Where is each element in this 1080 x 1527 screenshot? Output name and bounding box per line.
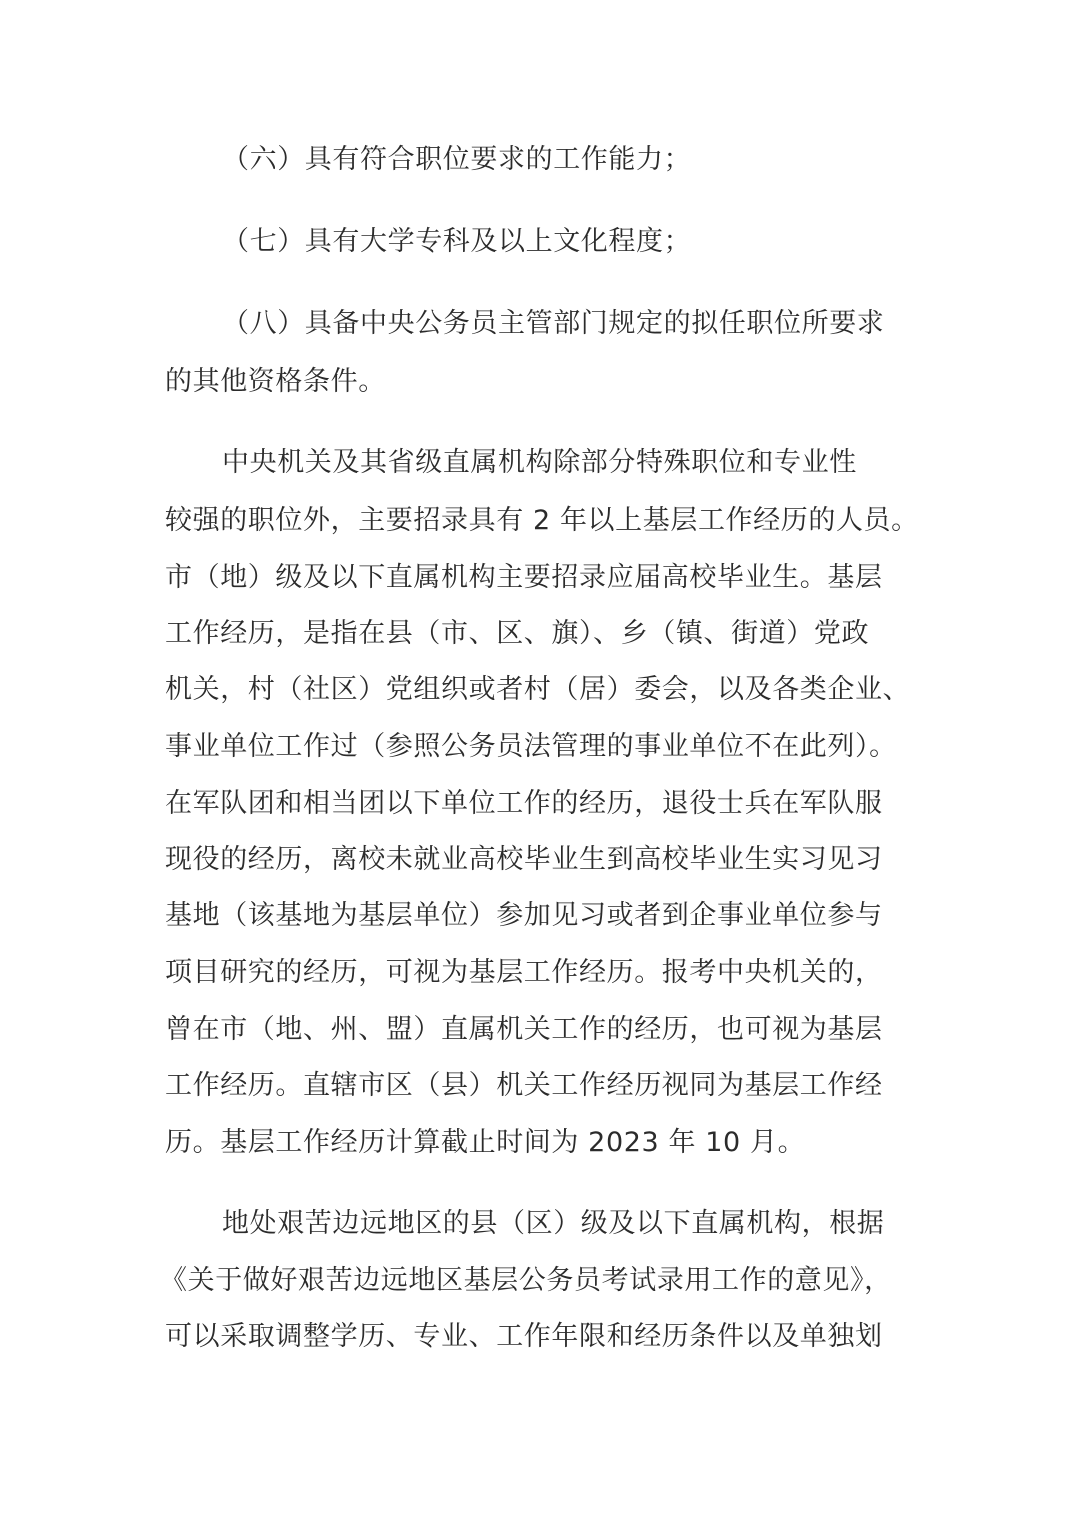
text-line: 机关，村（社区）党组织或者村（居）委会，以及各类企业、	[165, 673, 925, 707]
text-line: 工作经历。直辖市区（县）机关工作经历视同为基层工作经	[165, 1069, 925, 1103]
text-line: 项目研究的经历，可视为基层工作经历。报考中央机关的，	[165, 956, 925, 990]
document-page: （六）具有符合职位要求的工作能力； （七）具有大学专科及以上文化程度； （八）具…	[0, 0, 1080, 1527]
text-line: 事业单位工作过（参照公务员法管理的事业单位不在此列）。	[165, 730, 925, 764]
text-line: 基地（该基地为基层单位）参加见习或者到企事业单位参与	[165, 899, 925, 933]
text-line: 工作经历，是指在县（市、区、旗）、乡（镇、街道）党政	[165, 617, 925, 651]
text-line: （六）具有符合职位要求的工作能力；	[222, 143, 982, 177]
text-line: 现役的经历，离校未就业高校毕业生到高校毕业生实习见习	[165, 843, 925, 877]
text-line: 地处艰苦边远地区的县（区）级及以下直属机构，根据	[222, 1207, 982, 1241]
text-line: （七）具有大学专科及以上文化程度；	[222, 225, 982, 259]
text-line: （八）具备中央公务员主管部门规定的拟任职位所要求	[222, 307, 982, 341]
text-line: 市（地）级及以下直属机构主要招录应届高校毕业生。基层	[165, 561, 925, 595]
text-line: 的其他资格条件。	[165, 365, 925, 399]
text-line: 在军队团和相当团以下单位工作的经历，退役士兵在军队服	[165, 787, 925, 821]
text-line: 历。基层工作经历计算截止时间为 2023 年 10 月。	[165, 1126, 925, 1160]
text-line: 可以采取调整学历、专业、工作年限和经历条件以及单独划	[165, 1320, 925, 1354]
text-line: 曾在市（地、州、盟）直属机关工作的经历，也可视为基层	[165, 1013, 925, 1047]
text-line: 中央机关及其省级直属机构除部分特殊职位和专业性	[222, 446, 982, 480]
text-line: 《关于做好艰苦边远地区基层公务员考试录用工作的意见》，	[160, 1264, 920, 1298]
text-line: 较强的职位外，主要招录具有 2 年以上基层工作经历的人员。	[165, 504, 925, 538]
